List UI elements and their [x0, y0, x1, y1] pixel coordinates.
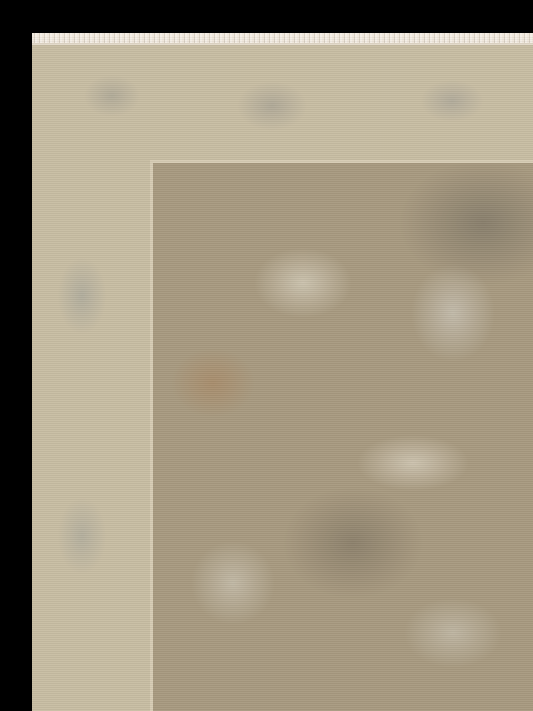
image-subject: Corner of a hand-knotted distressed trad…: [0, 0, 1, 1]
rug-inner-field: [150, 160, 533, 711]
rug-fringe: [32, 33, 533, 45]
